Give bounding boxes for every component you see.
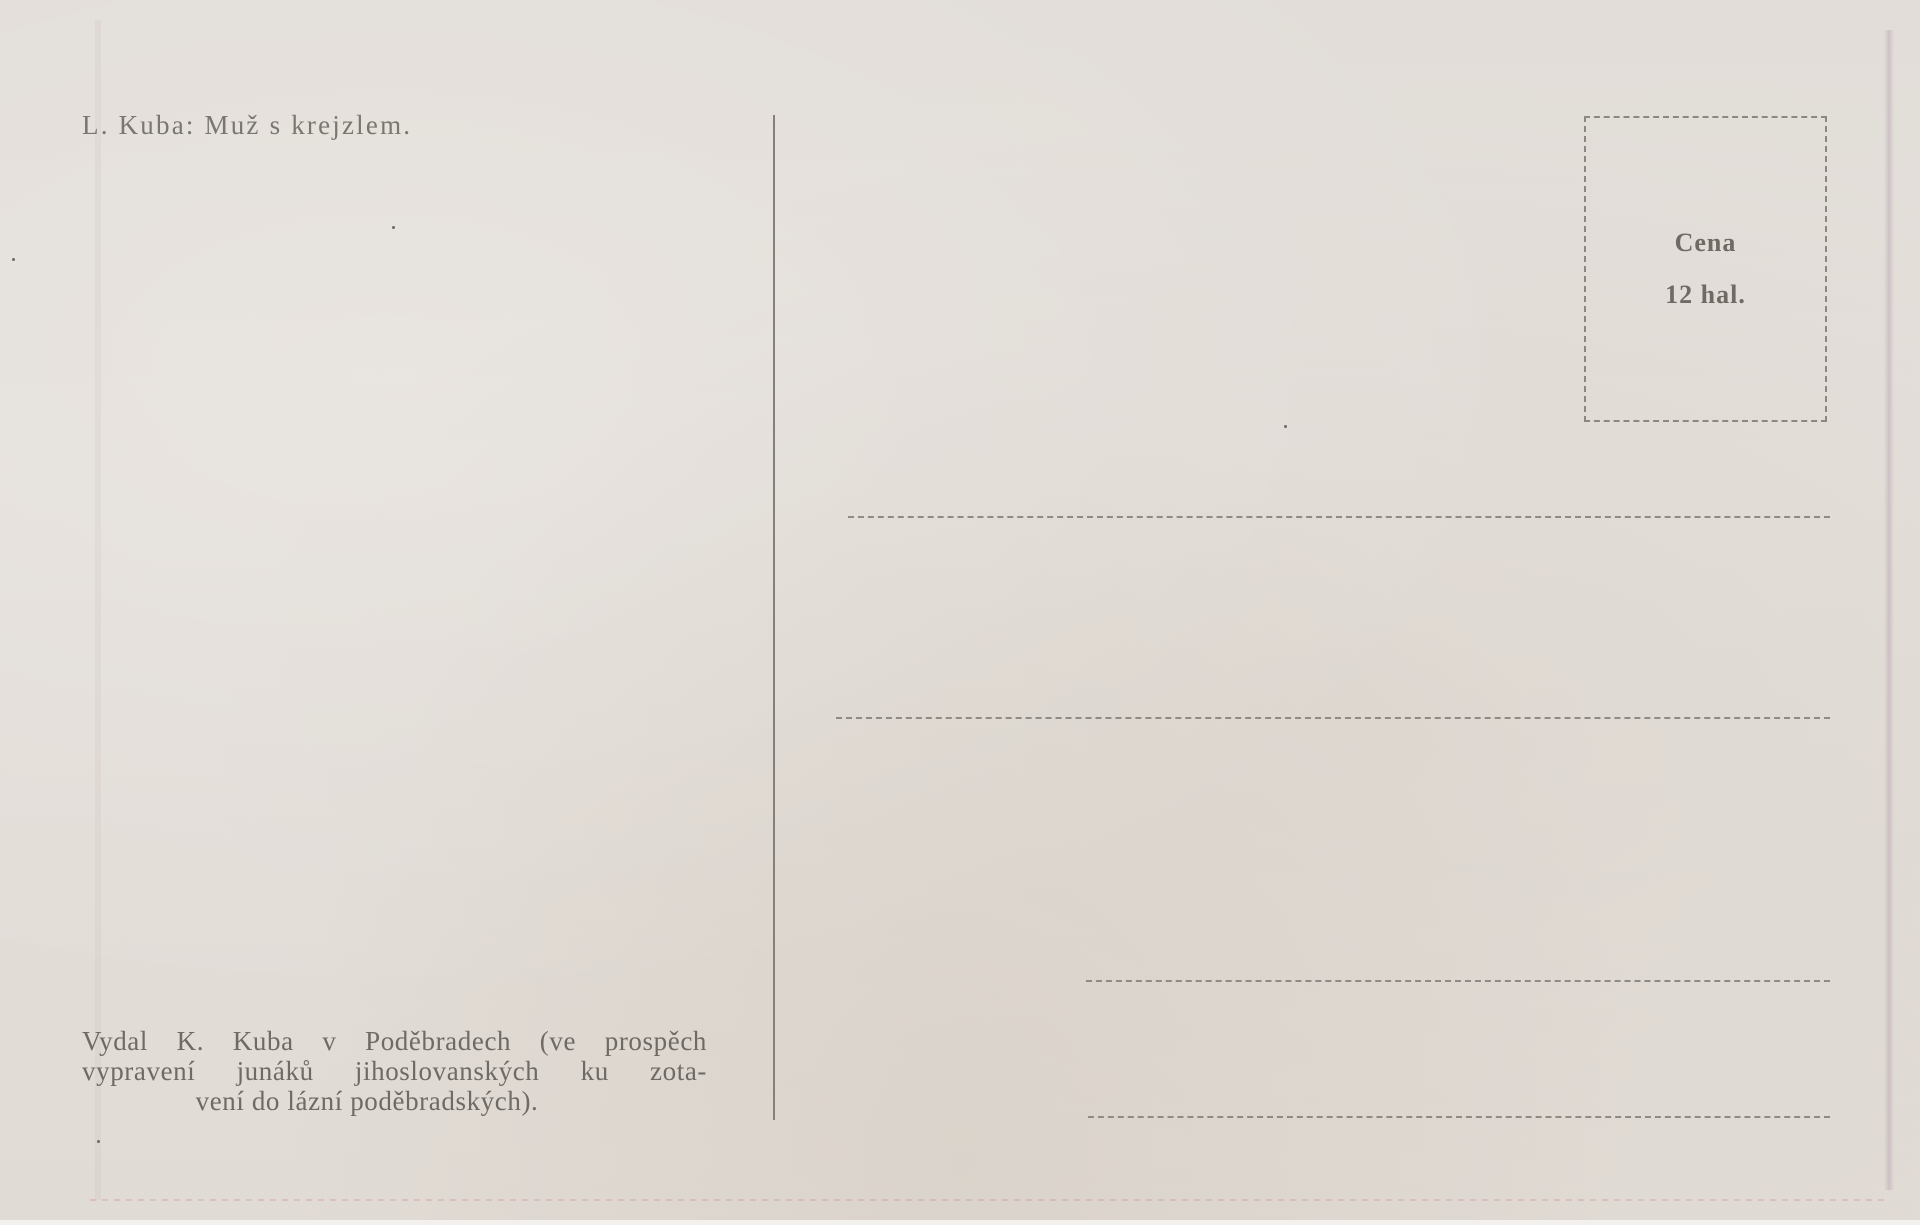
publisher-note-line-3: vení do lázní poděbradských). xyxy=(82,1086,707,1116)
publisher-note: Vydal K. Kuba v Poděbradech (ve prospěch… xyxy=(82,1026,707,1116)
paper-speck xyxy=(392,226,395,229)
postcard-back: L. Kuba: Muž s krejzlem. Vydal K. Kuba v… xyxy=(0,0,1920,1220)
artwork-title: L. Kuba: Muž s krejzlem. xyxy=(82,110,412,141)
vertical-divider xyxy=(773,115,775,1120)
paper-shade xyxy=(95,20,101,1200)
paper-edge-stain xyxy=(1884,30,1894,1190)
stamp-price-label: Cena xyxy=(1586,228,1825,258)
paper-speck xyxy=(12,258,15,261)
paper-speck xyxy=(97,1140,100,1143)
publisher-note-line-2: vypravení junáků jihoslovanských ku zota… xyxy=(82,1056,707,1086)
stamp-box: Cena 12 hal. xyxy=(1584,116,1827,422)
paper-bottom-edge xyxy=(90,1199,1890,1201)
paper-speck xyxy=(1284,425,1287,428)
publisher-note-line-1: Vydal K. Kuba v Poděbradech (ve prospěch xyxy=(82,1026,707,1056)
address-line-1 xyxy=(848,516,1830,518)
address-line-3 xyxy=(1086,980,1830,982)
address-line-2 xyxy=(836,717,1830,719)
address-line-4 xyxy=(1088,1116,1830,1118)
stamp-price-value: 12 hal. xyxy=(1586,280,1825,310)
